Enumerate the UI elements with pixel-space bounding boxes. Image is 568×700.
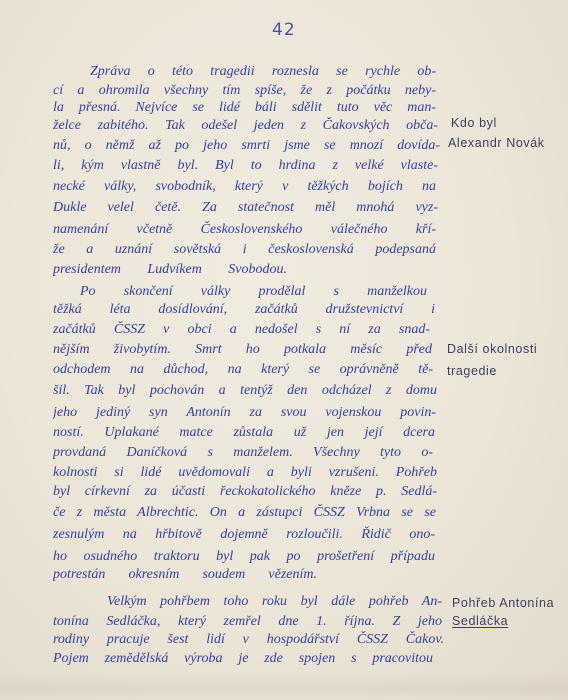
- text-line: namenání včetně Československého válečné…: [53, 221, 436, 239]
- text-line: potrestán okresním soudem vězením.: [53, 566, 317, 584]
- text-line: nějším živobytím. Smrt ho potkala měsíc …: [53, 341, 432, 359]
- text-line: byl církevní za účasti řeckokatolického …: [53, 483, 437, 501]
- text-line: Po skončení války prodělal s manželkou: [80, 283, 427, 301]
- margin-note-who-was: Kdo byl: [451, 114, 497, 132]
- text-line: šil. Tak byl pochován a tentýž den odchá…: [53, 382, 437, 400]
- text-line: tonína Sedláčka, který zemřel dne 1. říj…: [53, 613, 442, 631]
- text-line: cí a ohromila všechny tím spíše, že z po…: [53, 82, 436, 100]
- text-line: těžká léta dosídlování, začátků družstev…: [53, 301, 435, 319]
- text-line: necké války, svobodník, který v těžkých …: [53, 178, 436, 196]
- chronicle-page: 42 Zpráva o této tragedii roznesla se ry…: [0, 0, 568, 700]
- text-line: začátků ČSSZ v obci a nedošel s ní za sn…: [53, 321, 430, 339]
- text-line: provdaná Daníčková s manželem. Všechny t…: [53, 444, 433, 462]
- paper-crease: [0, 672, 568, 700]
- text-line: Velkým pohřbem toho roku byl dále pohřeb…: [107, 593, 442, 611]
- text-line: nů, o němž až po jeho smrti jsme se mnoz…: [53, 137, 440, 155]
- margin-note-who-was: Alexandr Novák: [448, 134, 545, 152]
- text-line: ností. Uplakané matce zůstala už jen jej…: [53, 424, 435, 442]
- margin-note-funeral: Pohřeb Antonína: [452, 594, 554, 612]
- text-line: odchodem na důchod, na který se oprávněn…: [53, 361, 433, 379]
- margin-note-circumstances: tragedie: [447, 362, 497, 380]
- text-line: Dukle velel četě. Za statečnost měl mnoh…: [53, 199, 438, 217]
- text-line: ho osudného traktoru byl pak po prošetře…: [53, 548, 435, 566]
- text-line: kolnosti si lidé uvědomovali a byli vzru…: [53, 464, 437, 482]
- margin-note-funeral: Sedláčka: [452, 612, 508, 630]
- text-line: Pojem zemědělská výroba je zde spojen s …: [53, 650, 433, 668]
- margin-note-circumstances: Další okolnosti: [447, 340, 537, 358]
- text-line: la přesná. Nejvíce se lidé báli sdělit t…: [53, 99, 436, 117]
- text-line: presidentem Ludvíkem Svobodou.: [53, 261, 287, 279]
- text-line: zesnulým na hřbitově dojemně rozloučili.…: [53, 526, 435, 544]
- page-number: 42: [272, 20, 296, 40]
- text-line: že a uznání sovětská i československá po…: [53, 241, 436, 259]
- text-line: li, kým vlastně byl. Byl to hrdina z vel…: [53, 157, 438, 175]
- text-line: želce zabitého. Tak odešel jeden z Čakov…: [53, 117, 438, 135]
- text-line: rodiny pracuje šest lidí v hospodářství …: [53, 631, 444, 649]
- text-line: če z města Albrechtic. On a zástupci ČSS…: [53, 504, 436, 522]
- text-line: Zpráva o této tragedii roznesla se rychl…: [90, 63, 436, 81]
- text-line: jeho jediný syn Antonín za svou vojensko…: [53, 404, 436, 422]
